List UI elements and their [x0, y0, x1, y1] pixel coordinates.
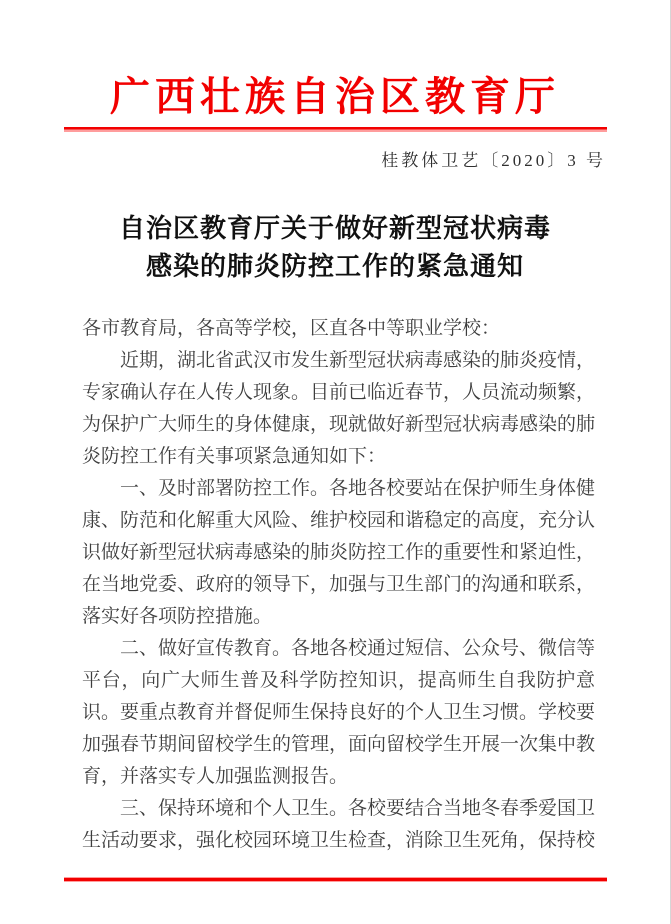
paragraph-section-1: 一、及时部署防控工作。各地各校要站在保护师生身体健康、防范和化解重大风险、维护校…: [82, 473, 595, 633]
org-name-header: 广西壮族自治区教育厅: [0, 0, 670, 118]
notice-title-line2: 感染的肺炎防控工作的紧急通知: [0, 248, 670, 286]
notice-title-line1: 自治区教育厅关于做好新型冠状病毒: [0, 210, 670, 248]
document-page: 广西壮族自治区教育厅 桂教体卫艺〔2020〕3 号 自治区教育厅关于做好新型冠状…: [0, 0, 671, 924]
paragraph-intro: 近期，湖北省武汉市发生新型冠状病毒感染的肺炎疫情，专家确认存在人传人现象。目前已…: [82, 345, 595, 473]
notice-title: 自治区教育厅关于做好新型冠状病毒 感染的肺炎防控工作的紧急通知: [0, 210, 670, 286]
paragraph-section-2: 二、做好宣传教育。各地各校通过短信、公众号、微信等平台，向广大师生普及科学防控知…: [82, 633, 595, 793]
header-red-rule: [64, 127, 607, 132]
notice-body: 各市教育局，各高等学校，区直各中等职业学校： 近期，湖北省武汉市发生新型冠状病毒…: [82, 313, 595, 857]
paragraph-section-3-truncated: 三、保持环境和个人卫生。各校要结合当地冬春季爱国卫生活动要求，强化校园环境卫生检…: [82, 793, 595, 857]
salutation-line: 各市教育局，各高等学校，区直各中等职业学校：: [82, 313, 595, 345]
footer-red-rule: [64, 877, 607, 882]
doc-number: 桂教体卫艺〔2020〕3 号: [0, 150, 670, 172]
